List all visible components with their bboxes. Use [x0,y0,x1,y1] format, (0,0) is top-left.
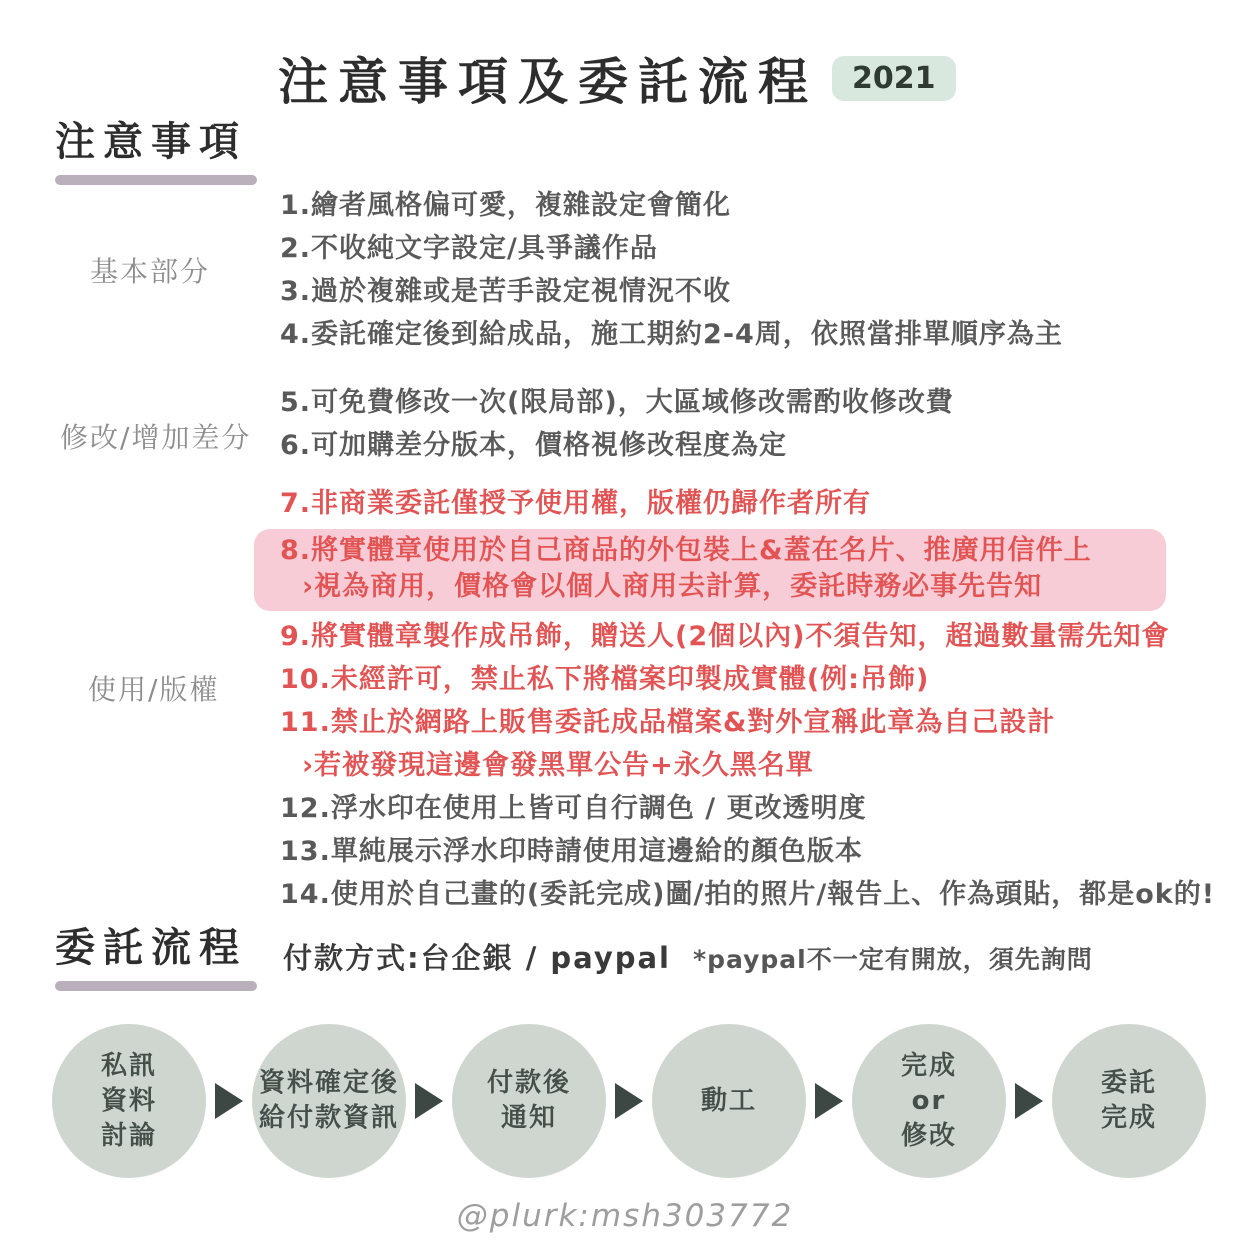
page-title: 注意事項及委託流程 [278,42,818,114]
flow-underline-bar [55,981,257,991]
group-label-modify: 修改/增加差分 [60,416,251,456]
commercial-use-highlight: 8.將實體章使用於自己商品的外包裝上&蓋在名片、推廣用信件上 ›視為商用，價格會… [254,529,1166,611]
step-line: or [912,1084,947,1119]
note-item-11: 11.禁止於網路上販售委託成品檔案&對外宣稱此章為自己設計 [280,701,1215,744]
note-item-3: 3.過於複雜或是苦手設定視情況不收 [280,270,1063,313]
section-notes-title: 注意事項 [55,110,257,167]
step-line: 動工 [701,1084,757,1119]
note-item-4: 4.委託確定後到給成品，施工期約2-4周，依照當排單順序為主 [280,313,1063,356]
note-item-11-sub: ›若被發現這邊會發黑單公告+永久黑名單 [280,744,1215,787]
payment-note: *paypal不一定有開放，須先詢問 [693,940,1093,976]
payment-row: 付款方式:台企銀 / paypal *paypal不一定有開放，須先詢問 [283,936,1093,977]
step-line: 修改 [901,1119,957,1154]
step-line: 委託 [1101,1066,1157,1101]
step-line: 完成 [1101,1101,1157,1136]
section-flow-title: 委託流程 [55,916,257,973]
note-item-8-sub: ›視為商用，價格會以個人商用去計算，委託時務必事先告知 [280,569,1156,605]
note-item-1: 1.繪者風格偏可愛，複雜設定會簡化 [280,184,1063,227]
year-badge: 2021 [832,56,956,101]
flow-arrow [806,1083,852,1119]
note-group-basic: 1.繪者風格偏可愛，複雜設定會簡化 2.不收純文字設定/具爭議作品 3.過於複雜… [280,184,1063,356]
flow-step-payment-info: 資料確定後 給付款資訊 [252,1024,406,1178]
note-item-6: 6.可加購差分版本，價格視修改程度為定 [280,424,954,467]
commission-flowchart: 私訊 資料 討論 資料確定後 給付款資訊 付款後 通知 動工 完成 or 修改 … [52,1024,1200,1178]
arrow-right-icon [615,1083,643,1119]
note-item-7: 7.非商業委託僅授予使用權，版權仍歸作者所有 [280,482,1215,525]
group-label-usage: 使用/版權 [88,668,219,708]
note-item-8: 8.將實體章使用於自己商品的外包裝上&蓋在名片、推廣用信件上 [280,533,1156,569]
plurk-credit: @plurk:msh303772 [0,1198,1250,1234]
arrow-right-icon [1015,1083,1043,1119]
note-item-9: 9.將實體章製作成吊飾，贈送人(2個以內)不須告知，超過數量需先知會 [280,615,1215,658]
step-line: 私訊 [101,1049,157,1084]
flow-arrow [606,1083,652,1119]
flow-step-notify-after-payment: 付款後 通知 [452,1024,606,1178]
note-item-10: 10.未經許可，禁止私下將檔案印製成實體(例:吊飾) [280,658,1215,701]
step-line: 完成 [901,1049,957,1084]
note-group-usage: 7.非商業委託僅授予使用權，版權仍歸作者所有 8.將實體章使用於自己商品的外包裝… [280,482,1215,916]
flow-arrow [406,1083,452,1119]
step-line: 給付款資訊 [259,1101,399,1136]
group-label-basic: 基本部分 [90,250,210,290]
note-group-modify: 5.可免費修改一次(限局部)，大區域修改需酌收修改費 6.可加購差分版本，價格視… [280,381,954,467]
note-item-14: 14.使用於自己畫的(委託完成)圖/拍的照片/報告上、作為頭貼，都是ok的! [280,873,1215,916]
note-item-5: 5.可免費修改一次(限局部)，大區域修改需酌收修改費 [280,381,954,424]
step-line: 通知 [501,1101,557,1136]
note-item-12: 12.浮水印在使用上皆可自行調色 / 更改透明度 [280,787,1215,830]
notes-underline-bar [55,175,257,185]
flow-step-done-or-revise: 完成 or 修改 [852,1024,1006,1178]
flow-arrow [1006,1083,1052,1119]
section-notes-header: 注意事項 [55,110,257,185]
payment-method-label: 付款方式:台企銀 / paypal [283,936,671,977]
note-item-2: 2.不收純文字設定/具爭議作品 [280,227,1063,270]
arrow-right-icon [815,1083,843,1119]
title-row: 注意事項及委託流程 2021 [278,42,956,114]
step-line: 資料確定後 [259,1066,399,1101]
section-flow-header: 委託流程 [55,916,257,991]
flow-step-discussion: 私訊 資料 討論 [52,1024,206,1178]
commission-notice-poster: 注意事項及委託流程 2021 注意事項 基本部分 修改/增加差分 使用/版權 1… [0,0,1250,1250]
flow-step-start-work: 動工 [652,1024,806,1178]
note-item-13: 13.單純展示浮水印時請使用這邊給的顏色版本 [280,830,1215,873]
step-line: 討論 [101,1119,157,1154]
step-line: 付款後 [487,1066,571,1101]
flow-step-commission-complete: 委託 完成 [1052,1024,1206,1178]
arrow-right-icon [415,1083,443,1119]
step-line: 資料 [101,1084,157,1119]
flow-arrow [206,1083,252,1119]
arrow-right-icon [215,1083,243,1119]
